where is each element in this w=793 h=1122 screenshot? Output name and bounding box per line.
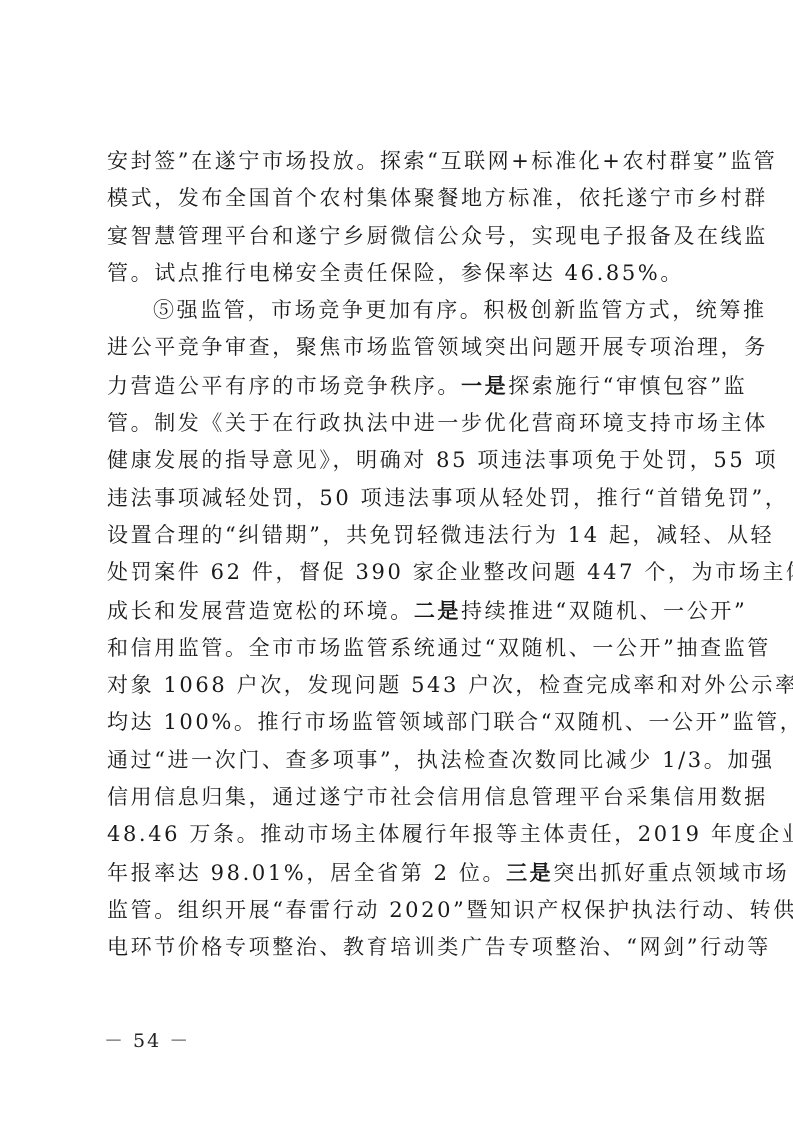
text-segment: 和信用监管。全市市场监管系统通过“双随机、一公开”抽查监管 xyxy=(107,636,771,660)
text-segment: 通过“进一次门、查多项事”，执法检查次数同比减少 1/3。加强 xyxy=(107,748,775,772)
text-segment: 年报率达 98.01%，居全省第 2 位。 xyxy=(107,861,506,885)
text-segment: 均达 100%。推行市场监管领域部门联合“双随机、一公开”监管， xyxy=(107,710,793,734)
text-segment: 力营造公平有序的市场竞争秩序。 xyxy=(107,374,461,398)
bold-label: 三是 xyxy=(506,860,553,885)
text-segment: 48.46 万条。推动市场主体履行年报等主体责任，2019 年度企业 xyxy=(107,822,793,846)
document-body: 安封签”在遂宁市场投放。探索“互联网+标准化+农村群宴”监管模式，发布全国首个农… xyxy=(107,143,695,967)
text-line: 通过“进一次门、查多项事”，执法检查次数同比减少 1/3。加强 xyxy=(107,742,695,779)
text-segment: 模式，发布全国首个农村集体聚餐地方标准，依托遂宁市乡村群 xyxy=(107,186,768,210)
text-segment: 信用信息归集，通过遂宁市社会信用信息管理平台采集信用数据 xyxy=(107,785,768,809)
text-line: 宴智慧管理平台和遂宁乡厨微信公众号，实现电子报备及在线监 xyxy=(107,218,695,255)
text-line: 模式，发布全国首个农村集体聚餐地方标准，依托遂宁市乡村群 xyxy=(107,180,695,217)
page-number: － 54 － xyxy=(104,1026,190,1053)
text-segment: 设置合理的“纠错期”，共免罚轻微违法行为 14 起，减轻、从轻 xyxy=(107,523,774,547)
text-segment: 进公平竞争审查，聚焦市场监管领域突出问题开展专项治理，务 xyxy=(107,335,768,359)
text-line: 电环节价格专项整治、教育培训类广告专项整治、“网剑”行动等 xyxy=(107,929,695,966)
text-line: 安封签”在遂宁市场投放。探索“互联网+标准化+农村群宴”监管 xyxy=(107,143,695,180)
text-line: 管。试点推行电梯安全责任保险，参保率达 46.85%。 xyxy=(107,255,695,292)
text-segment: 宴智慧管理平台和遂宁乡厨微信公众号，实现电子报备及在线监 xyxy=(107,224,768,248)
text-segment: 对象 1068 户次，发现问题 543 户次，检查完成率和对外公示率 xyxy=(107,673,793,697)
text-line: 管。制发《关于在行政执法中进一步优化营商环境支持市场主体 xyxy=(107,405,695,442)
text-line: 信用信息归集，通过遂宁市社会信用信息管理平台采集信用数据 xyxy=(107,779,695,816)
text-segment: 探索施行“审慎包容”监 xyxy=(508,374,747,398)
text-line: 健康发展的指导意见》，明确对 85 项违法事项免于处罚，55 项 xyxy=(107,442,695,479)
text-line: 均达 100%。推行市场监管领域部门联合“双随机、一公开”监管， xyxy=(107,704,695,741)
text-segment: 突出抓好重点领域市场 xyxy=(553,861,789,885)
text-segment: 管。制发《关于在行政执法中进一步优化营商环境支持市场主体 xyxy=(107,411,768,435)
text-segment: 电环节价格专项整治、教育培训类广告专项整治、“网剑”行动等 xyxy=(107,935,771,959)
text-line: 设置合理的“纠错期”，共免罚轻微违法行为 14 起，减轻、从轻 xyxy=(107,517,695,554)
text-segment: 处罚案件 62 件，督促 390 家企业整改问题 447 个，为市场主体 xyxy=(107,560,793,584)
text-segment: ⑤强监管，市场竞争更加有序。积极创新监管方式，统筹推 xyxy=(153,298,767,322)
text-line: 力营造公平有序的市场竞争秩序。一是探索施行“审慎包容”监 xyxy=(107,367,695,405)
text-segment: 管。试点推行电梯安全责任保险，参保率达 46.85%。 xyxy=(107,261,684,285)
text-line: 违法事项减轻处罚，50 项违法事项从轻处罚，推行“首错免罚”， xyxy=(107,480,695,517)
paragraph: ⑤强监管，市场竞争更加有序。积极创新监管方式，统筹推进公平竞争审查，聚焦市场监管… xyxy=(107,292,695,966)
text-line: 和信用监管。全市市场监管系统通过“双随机、一公开”抽查监管 xyxy=(107,630,695,667)
text-segment: 监管。组织开展“春雷行动 2020”暨知识产权保护执法行动、转供 xyxy=(107,898,793,922)
text-segment: 持续推进“双随机、一公开” xyxy=(461,599,747,623)
bold-label: 二是 xyxy=(414,598,461,623)
bold-label: 一是 xyxy=(461,373,508,398)
paragraph: 安封签”在遂宁市场投放。探索“互联网+标准化+农村群宴”监管模式，发布全国首个农… xyxy=(107,143,695,292)
text-line: 成长和发展营造宽松的环境。二是持续推进“双随机、一公开” xyxy=(107,592,695,630)
text-line: ⑤强监管，市场竞争更加有序。积极创新监管方式，统筹推 xyxy=(107,292,695,329)
text-segment: 成长和发展营造宽松的环境。 xyxy=(107,599,414,623)
text-line: 对象 1068 户次，发现问题 543 户次，检查完成率和对外公示率 xyxy=(107,667,695,704)
text-line: 进公平竞争审查，聚焦市场监管领域突出问题开展专项治理，务 xyxy=(107,329,695,366)
text-segment: 违法事项减轻处罚，50 项违法事项从轻处罚，推行“首错免罚”， xyxy=(107,486,788,510)
text-line: 年报率达 98.01%，居全省第 2 位。三是突出抓好重点领域市场 xyxy=(107,854,695,892)
text-line: 48.46 万条。推动市场主体履行年报等主体责任，2019 年度企业 xyxy=(107,816,695,853)
text-line: 监管。组织开展“春雷行动 2020”暨知识产权保护执法行动、转供 xyxy=(107,892,695,929)
text-segment: 健康发展的指导意见》，明确对 85 项违法事项免于处罚，55 项 xyxy=(107,448,778,472)
text-line: 处罚案件 62 件，督促 390 家企业整改问题 447 个，为市场主体 xyxy=(107,554,695,591)
text-segment: 安封签”在遂宁市场投放。探索“互联网+标准化+农村群宴”监管 xyxy=(107,149,777,173)
